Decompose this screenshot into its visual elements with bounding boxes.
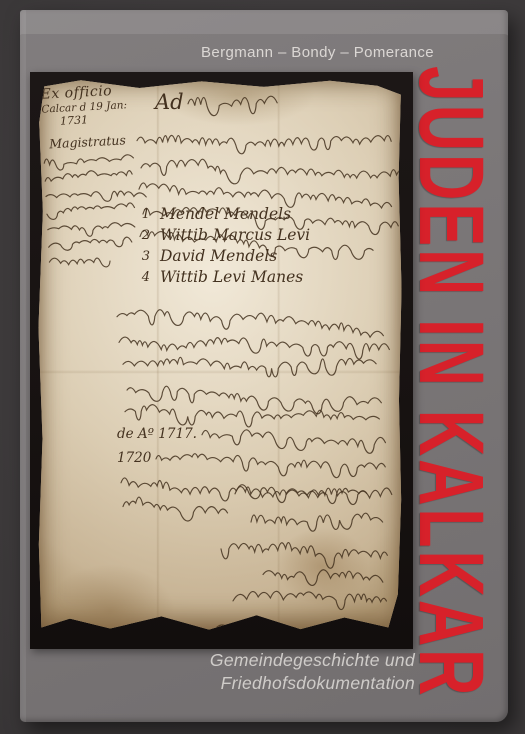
name-text: David Mendels xyxy=(160,246,277,267)
handwriting-line xyxy=(117,306,383,327)
handwriting-line xyxy=(202,424,380,443)
name-number: 1 xyxy=(140,204,150,225)
handwriting-line xyxy=(49,250,150,268)
handwriting-line xyxy=(141,154,397,175)
margin-note: Ex officio Calcar d 19 Jan: 1731 Magistr… xyxy=(40,82,150,271)
name-number: 3 xyxy=(140,246,150,267)
year-1717-fragment: de Aº 1717. xyxy=(117,426,197,442)
name-row: 3 David Mendels xyxy=(140,246,310,267)
handwriting-line xyxy=(139,179,397,199)
authors-line: Bergmann – Bondy – Pomerance xyxy=(201,44,434,61)
handwriting-line xyxy=(156,448,382,467)
margin-handwriting-block xyxy=(44,150,150,268)
handwriting-line xyxy=(127,376,381,397)
name-row: 2 Wittib Marcus Levi xyxy=(140,225,310,246)
subtitle-line-2: Friedhofsdokumentation xyxy=(210,672,415,695)
subtitle: Gemeindegeschichte und Friedhofsdokument… xyxy=(210,649,415,695)
heading-flourish xyxy=(188,92,266,112)
signature-line xyxy=(217,615,389,636)
manuscript-photo: Ex officio Calcar d 19 Jan: 1731 Magistr… xyxy=(30,72,413,649)
manuscript-heading: Ad xyxy=(155,90,266,114)
signature-line xyxy=(235,482,389,504)
handwriting-line xyxy=(123,353,373,373)
margin-note-magistratus: Magistratus xyxy=(49,131,144,151)
signature-line xyxy=(263,563,389,583)
year-1720-fragment: 1720 xyxy=(117,450,151,466)
parchment-document: Ex officio Calcar d 19 Jan: 1731 Magistr… xyxy=(37,78,403,633)
name-text: Wittib Marcus Levi xyxy=(160,225,310,246)
heading-ad: Ad xyxy=(155,90,184,114)
book-title-vertical: JUDEN IN KALKAR xyxy=(412,66,488,698)
signature-line xyxy=(221,535,389,557)
handwriting-line xyxy=(125,401,375,420)
name-row: 4 Wittib Levi Manes xyxy=(140,267,310,288)
name-number: 2 xyxy=(140,225,150,246)
signature-line xyxy=(251,509,389,530)
handwriting-line xyxy=(44,151,145,169)
subtitle-line-1: Gemeindegeschichte und xyxy=(210,649,415,672)
signature-block xyxy=(177,476,389,642)
name-text: Mendel Mendels xyxy=(160,204,291,225)
name-text: Wittib Levi Manes xyxy=(160,267,303,288)
names-list: 1 Mendel Mendels 2 Wittib Marcus Levi 3 … xyxy=(140,204,310,288)
handwriting-line xyxy=(46,183,147,202)
name-number: 4 xyxy=(140,267,150,288)
signature-line xyxy=(233,588,389,609)
book-cover: Bergmann – Bondy – Pomerance JUDEN IN KA… xyxy=(20,10,508,722)
name-row: 1 Mendel Mendels xyxy=(140,204,310,225)
handwriting-line xyxy=(137,130,397,152)
handwriting-line xyxy=(119,330,379,350)
